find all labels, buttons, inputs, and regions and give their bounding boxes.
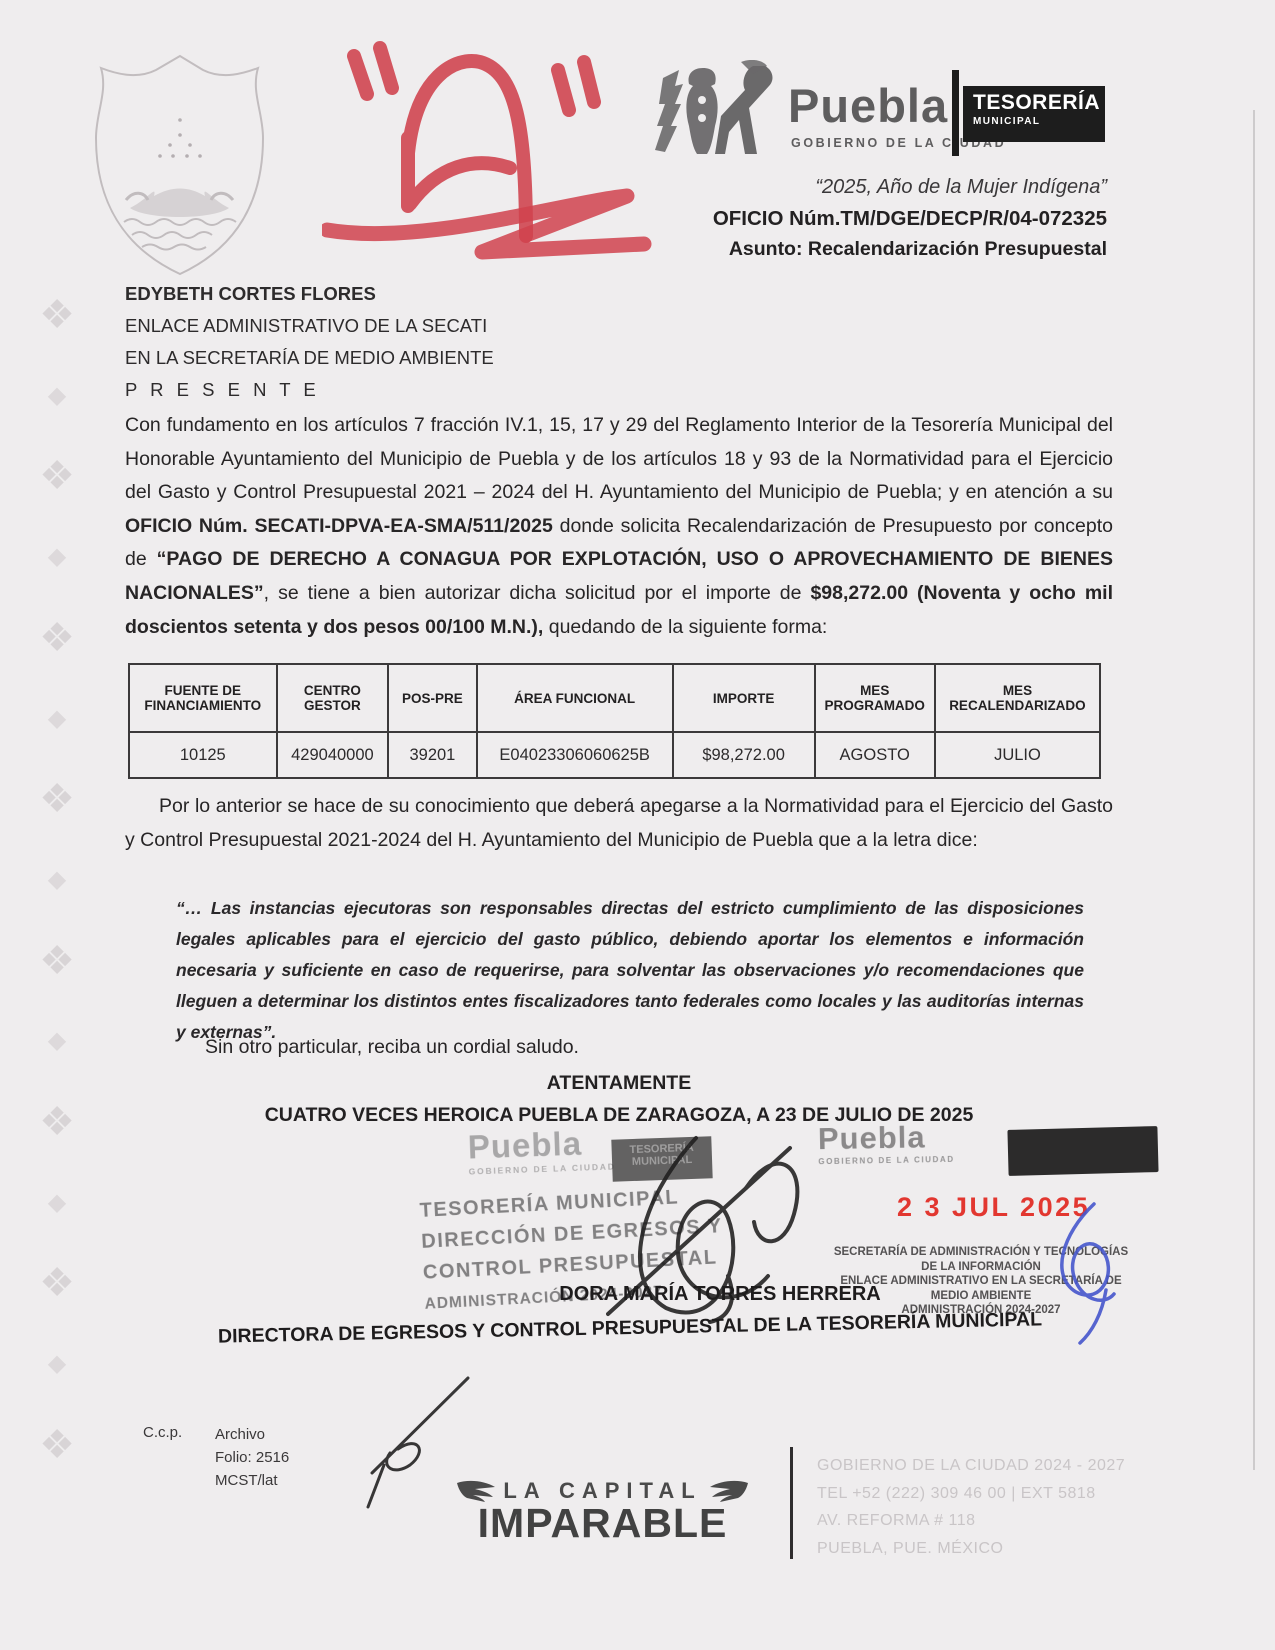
right-stamp-subtitle: GOBIERNO DE LA CIUDAD [818,1155,955,1166]
recalendarization-table: FUENTE DE FINANCIAMIENTOCENTRO GESTORPOS… [128,663,1101,779]
body-paragraph-1: Con fundamento en los artículos 7 fracci… [125,409,1113,644]
enlace-signature-scribble [1022,1196,1127,1346]
text-run: , se tiene a bien autorizar dicha solici… [264,582,811,604]
right-stamp-black-box [1007,1126,1158,1176]
table-cell: 429040000 [277,732,389,778]
text-run: quedando de la siguiente forma: [543,616,827,638]
tesoreria-municipal-badge: TESORERÍA MUNICIPAL [963,86,1105,142]
red-crayon-underline [322,188,657,268]
year-motto: “2025, Año de la Mujer Indígena” [815,176,1107,199]
table-cell: $98,272.00 [673,732,815,778]
logo-divider-bar [952,70,959,156]
badge-line1: TESORERÍA [973,91,1105,115]
recipient-role: ENLACE ADMINISTRATIVO DE LA SECATI [125,310,494,342]
normativity-quote: “… Las instancias ejecutoras son respons… [176,893,1084,1048]
footer-address-line: PUEBLA, PUE. MÉXICO [817,1535,1125,1563]
right-stamp-wordmark: Puebla [818,1119,955,1157]
table-header-cell: CENTRO GESTOR [277,664,389,732]
footer-address-line: TEL +52 (222) 309 46 00 | EXT 5818 [817,1480,1125,1508]
text-run: Con fundamento en los artículos 7 fracci… [125,414,1113,503]
table-cell: E04023306060625B [477,732,673,778]
text-run: OFICIO Núm. SECATI-DPVA-EA-SMA/511/2025 [125,515,553,537]
table-header-cell: MES PROGRAMADO [815,664,935,732]
table-row: 1012542904000039201E04023306060625B$98,2… [129,732,1100,778]
footer-address: GOBIERNO DE LA CIUDAD 2024 - 2027TEL +52… [817,1452,1125,1562]
lace-watermark: ❖◆❖◆❖◆❖ ◆❖◆❖◆❖◆❖ [22,295,92,1465]
ccp-label: C.c.p. [143,1424,182,1441]
table-header-cell: IMPORTE [673,664,815,732]
table-cell: 39201 [388,732,476,778]
table-cell: AGOSTO [815,732,935,778]
la-capital-imparable-logo: LA CAPITAL IMPARABLE [430,1478,775,1547]
footer-divider [790,1447,793,1559]
recipient-presente: P R E S E N T E [125,374,494,406]
footer-address-line: AV. REFORMA # 118 [817,1507,1125,1535]
ccp-line: MCST/lat [215,1469,289,1492]
table-header-cell: POS-PRE [388,664,476,732]
puebla-logo-icons [645,60,785,165]
oficio-number: OFICIO Núm.TM/DGE/DECP/R/04-072325 [713,207,1107,231]
footer-address-line: GOBIERNO DE LA CIUDAD 2024 - 2027 [817,1452,1125,1480]
table-header-row: FUENTE DE FINANCIAMIENTOCENTRO GESTORPOS… [129,664,1100,732]
scanned-document-page: ❖◆❖◆❖◆❖ ◆❖◆❖◆❖◆❖ [0,0,1275,1650]
body-paragraph-2: Por lo anterior se hace de su conocimien… [125,790,1113,857]
ccp-line: Archivo [215,1423,289,1446]
city-shield-watermark [92,50,267,280]
table-cell: 10125 [129,732,277,778]
scan-edge-line [1253,110,1255,1470]
place-date-line: CUATRO VECES HEROICA PUEBLA DE ZARAGOZA,… [125,1104,1113,1127]
table-header-cell: ÁREA FUNCIONAL [477,664,673,732]
recipient-secretariat: EN LA SECRETARÍA DE MEDIO AMBIENTE [125,342,494,374]
puebla-wordmark: Puebla [788,78,948,133]
table-header-cell: FUENTE DE FINANCIAMIENTO [129,664,277,732]
table-header-cell: MES RECALENDARIZADO [935,664,1100,732]
recipient-name: EDYBETH CORTES FLORES [125,278,494,310]
recipient-block: EDYBETH CORTES FLORES ENLACE ADMINISTRAT… [125,278,494,406]
director-signature-scribble [578,1126,813,1326]
ccp-lines: ArchivoFolio: 2516MCST/lat [215,1423,289,1492]
closing-line: Sin otro particular, reciba un cordial s… [205,1036,579,1059]
right-stamp-puebla-logo: Puebla GOBIERNO DE LA CIUDAD [818,1119,955,1166]
atentamente-line: ATENTAMENTE [125,1072,1113,1095]
ccp-line: Folio: 2516 [215,1446,289,1469]
badge-line2: MUNICIPAL [973,116,1105,127]
asunto-line: Asunto: Recalendarización Presupuestal [729,238,1107,261]
slogan-line2: IMPARABLE [430,1500,775,1547]
table-cell: JULIO [935,732,1100,778]
